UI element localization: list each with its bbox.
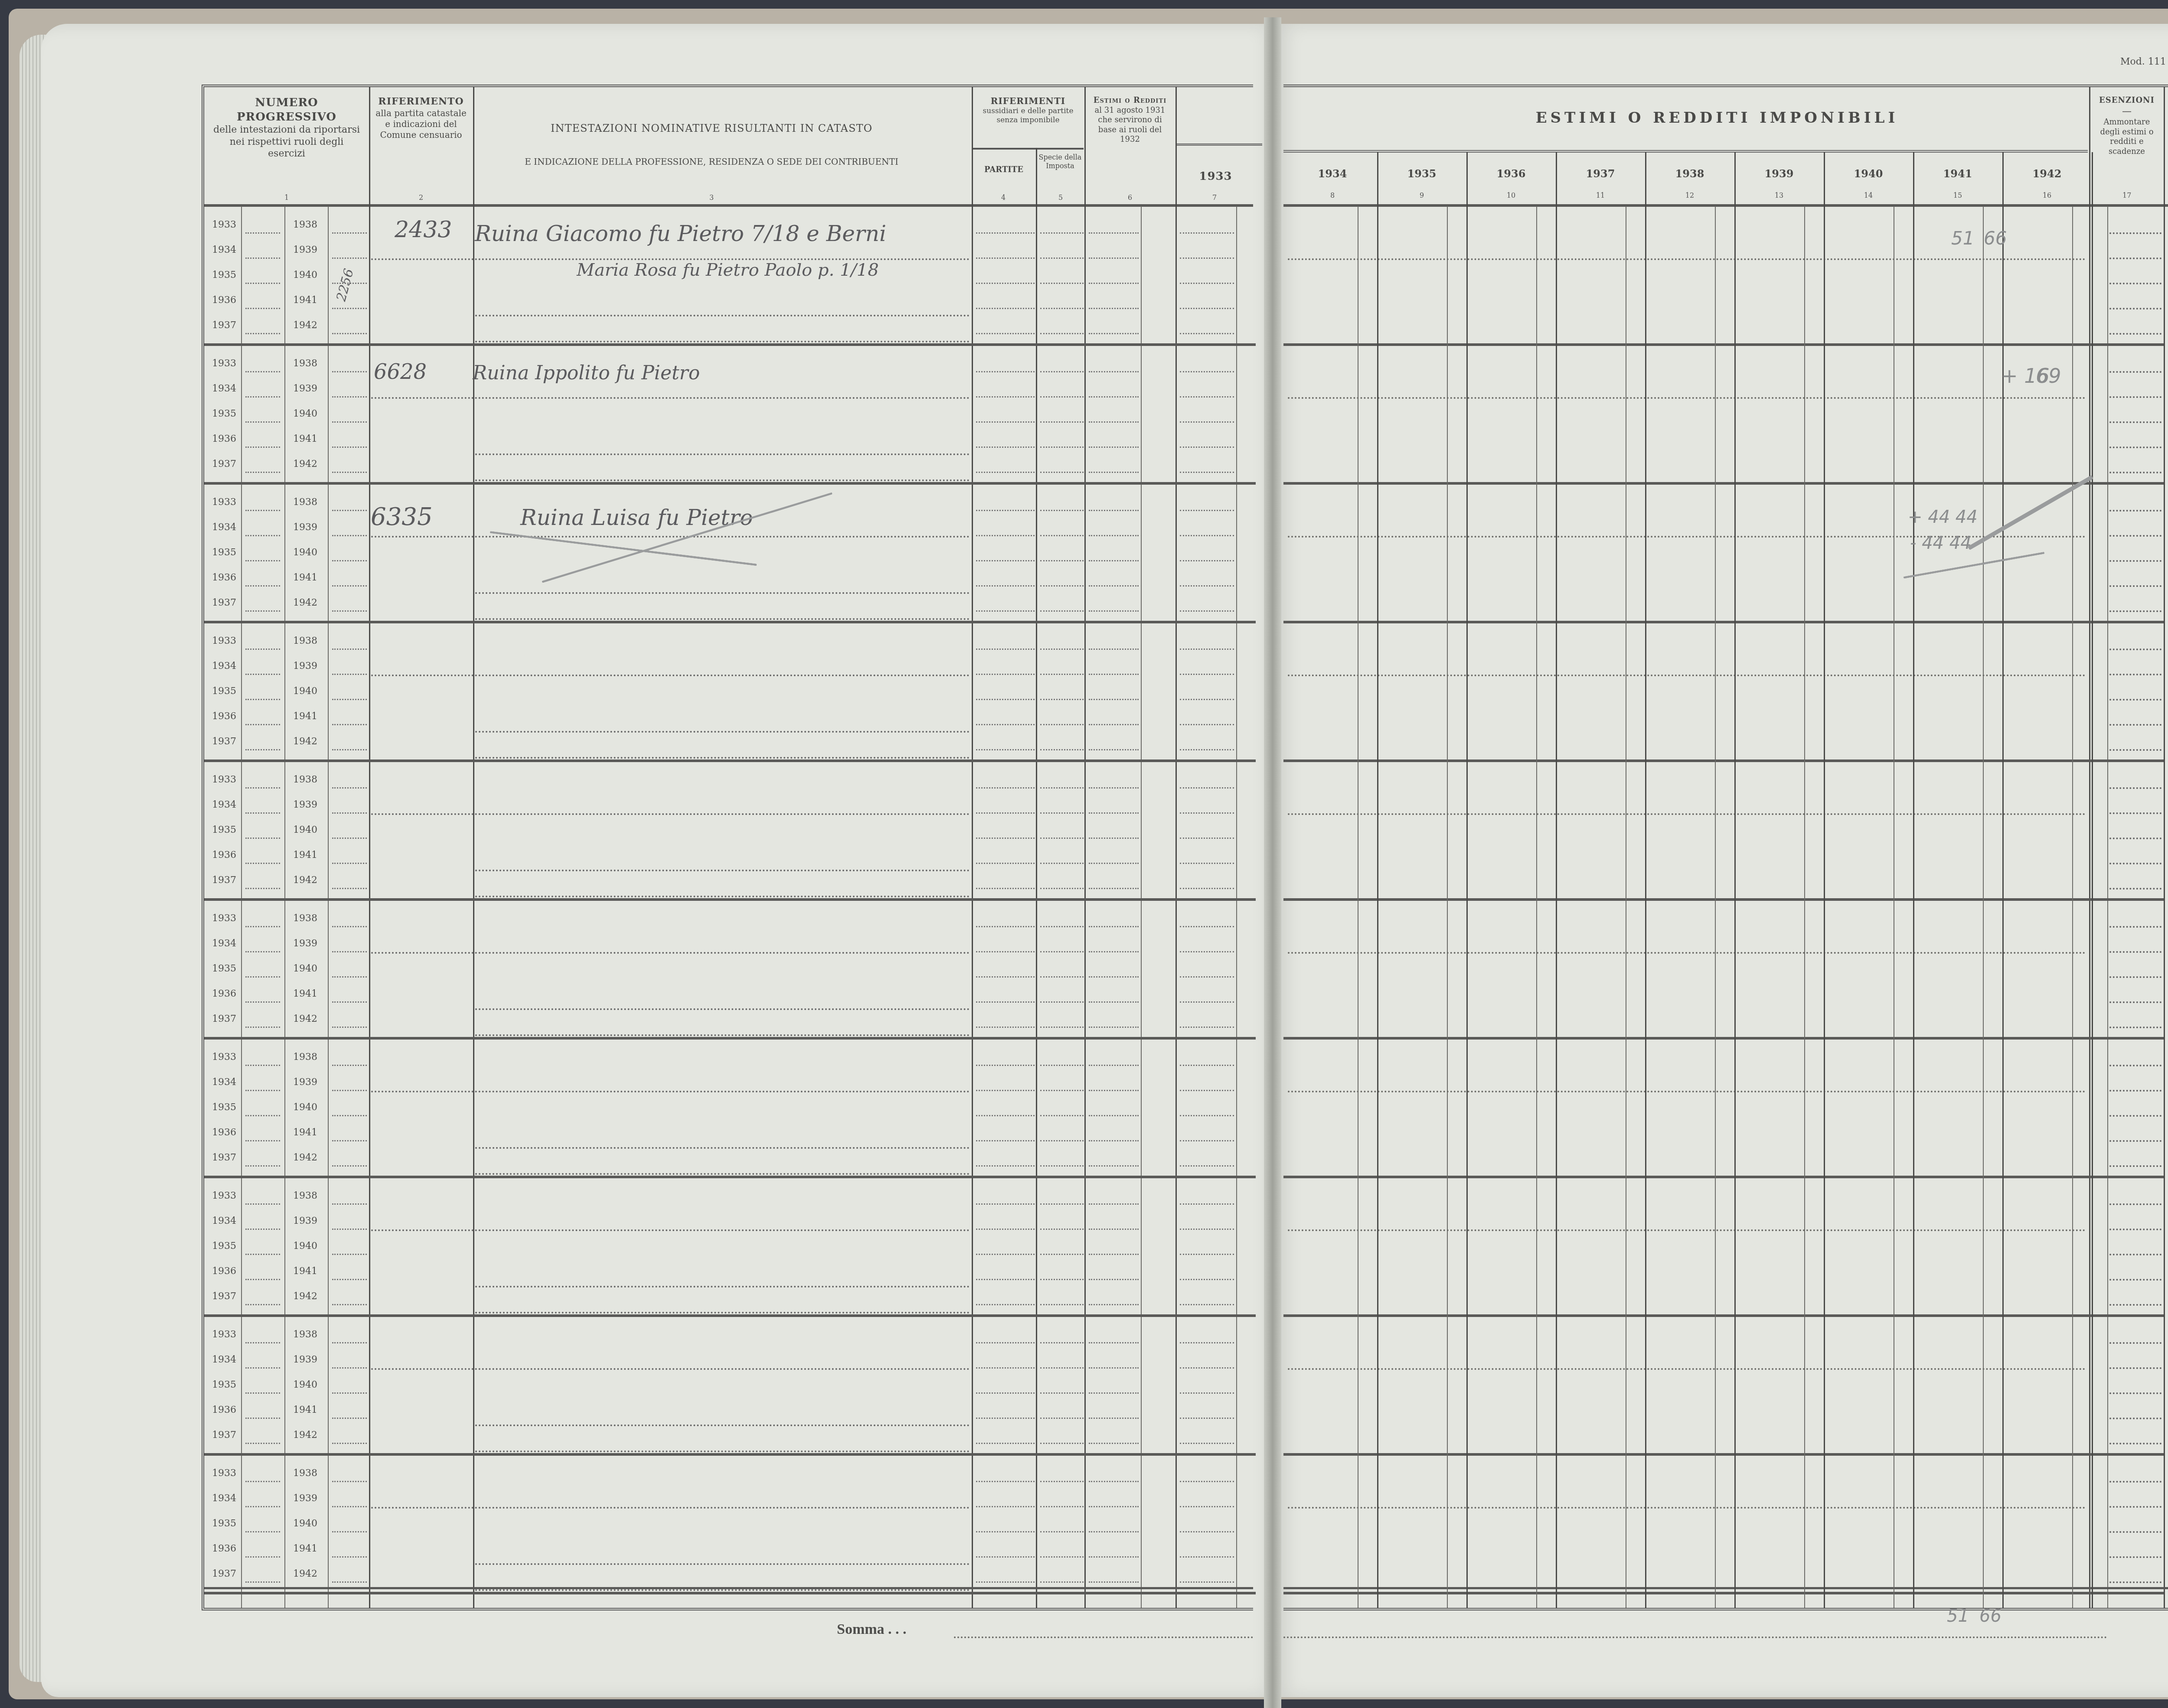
entry-dotted-line bbox=[976, 888, 1035, 889]
cents-subdivider bbox=[1626, 206, 1626, 1608]
entry-dotted-line bbox=[976, 926, 1035, 927]
year-label-a: 1934 bbox=[212, 522, 236, 533]
name-dotted-line bbox=[475, 870, 970, 871]
record-block bbox=[1283, 900, 2168, 1039]
column-number: 17 bbox=[2122, 191, 2131, 199]
year-label-b: 1942 bbox=[293, 1430, 317, 1441]
name-dotted-line bbox=[475, 1286, 970, 1288]
amount-dotted-line bbox=[1288, 397, 2086, 399]
entry-dotted-line bbox=[976, 749, 1035, 750]
entry-dotted-line bbox=[332, 1392, 367, 1394]
year-label-b: 1939 bbox=[293, 1216, 317, 1226]
amount-dotted-line bbox=[1288, 1229, 2086, 1231]
entry-dotted-line bbox=[1040, 421, 1084, 423]
entry-dotted-line bbox=[1180, 888, 1234, 889]
entry-dotted-line bbox=[1040, 1443, 1084, 1444]
entry-dotted-line bbox=[1089, 510, 1139, 511]
entry-dotted-line bbox=[976, 1304, 1035, 1305]
year-label-b: 1938 bbox=[293, 1329, 317, 1340]
header-title: ESENZIONI bbox=[2090, 96, 2164, 106]
year-label-b: 1942 bbox=[293, 320, 317, 331]
entry-dotted-line bbox=[1180, 1342, 1234, 1343]
entry-dotted-line bbox=[1180, 283, 1234, 284]
year-label-a: 1934 bbox=[212, 244, 236, 255]
entry-dotted-line bbox=[1040, 396, 1084, 398]
year-label-b: 1940 bbox=[293, 1241, 317, 1252]
block-separator bbox=[204, 1592, 1256, 1594]
entry-dotted-line bbox=[332, 1279, 367, 1280]
year-label-b: 1939 bbox=[293, 522, 317, 533]
header-year-1933: 1933 bbox=[1175, 169, 1256, 184]
entry-dotted-line bbox=[1089, 472, 1139, 473]
entry-dotted-line bbox=[976, 951, 1035, 952]
entry-dotted-line bbox=[245, 976, 280, 978]
entry-dotted-line bbox=[976, 472, 1035, 473]
entry-dotted-line bbox=[332, 1065, 367, 1066]
year-label-b: 1939 bbox=[293, 1493, 317, 1504]
esenzioni-dotted-line bbox=[2109, 421, 2161, 423]
year-label-a: 1935 bbox=[212, 1379, 236, 1390]
year-label-a: 1936 bbox=[212, 1127, 236, 1138]
column-number: 2 bbox=[417, 193, 425, 202]
esenzioni-dotted-line bbox=[2109, 1418, 2161, 1419]
entry-dotted-line bbox=[245, 649, 280, 650]
year-label-b: 1939 bbox=[293, 661, 317, 671]
entry-dotted-line bbox=[1089, 1556, 1139, 1558]
esenzioni-dotted-line bbox=[2109, 510, 2161, 512]
year-header-1935: 1935 bbox=[1377, 167, 1466, 180]
year-label-b: 1942 bbox=[293, 597, 317, 608]
entry-dotted-line bbox=[1040, 674, 1084, 675]
entry-dotted-line bbox=[976, 1140, 1035, 1141]
column-number: 3 bbox=[707, 193, 716, 202]
entry-dotted-line bbox=[976, 1090, 1035, 1091]
entry-dotted-line bbox=[245, 1027, 280, 1028]
entry-dotted-line bbox=[245, 1481, 280, 1482]
entry-dotted-line bbox=[1180, 1001, 1234, 1003]
year-header-1936: 1936 bbox=[1466, 167, 1556, 180]
year-label-a: 1934 bbox=[212, 1493, 236, 1504]
entry-dotted-line bbox=[1180, 232, 1234, 234]
entry-dotted-line bbox=[1040, 863, 1084, 864]
year-label-a: 1936 bbox=[212, 572, 236, 583]
esenzioni-dotted-line bbox=[2109, 258, 2161, 259]
form-id: Mod. 111 - Imposte Dirette (Intercalare)… bbox=[2120, 56, 2168, 67]
entry-dotted-line bbox=[1089, 649, 1139, 650]
entry-dotted-line bbox=[1040, 1367, 1084, 1369]
entry-dotted-line bbox=[1089, 1001, 1139, 1003]
entry-dotted-line bbox=[245, 749, 280, 750]
entry-dotted-line bbox=[1040, 926, 1084, 927]
esenzioni-dotted-line bbox=[2109, 371, 2161, 373]
entry-dotted-line bbox=[1040, 535, 1084, 536]
entry-dotted-line bbox=[976, 1115, 1035, 1116]
entry-dotted-line bbox=[332, 951, 367, 952]
entry-dotted-line bbox=[332, 812, 367, 814]
year-label-a: 1934 bbox=[212, 661, 236, 671]
year-label-b: 1942 bbox=[293, 1568, 317, 1579]
entry-dotted-line bbox=[976, 812, 1035, 814]
entry-dotted-line bbox=[245, 724, 280, 725]
year-label-b: 1942 bbox=[293, 1291, 317, 1302]
entry-dotted-line bbox=[976, 560, 1035, 561]
name-dotted-line bbox=[475, 453, 970, 455]
entry-dotted-line bbox=[332, 976, 367, 978]
esenzioni-dotted-line bbox=[2109, 888, 2161, 890]
entry-dotted-line bbox=[1040, 472, 1084, 473]
year-label-b: 1939 bbox=[293, 244, 317, 255]
entry-dotted-line bbox=[332, 1165, 367, 1167]
year-label-b: 1939 bbox=[293, 1077, 317, 1088]
entry-dotted-line bbox=[1040, 585, 1084, 587]
entry-dotted-line bbox=[1180, 371, 1234, 372]
entry-dotted-line bbox=[976, 724, 1035, 725]
entry-dotted-line bbox=[1180, 812, 1234, 814]
entry-dotted-line bbox=[1180, 510, 1234, 511]
year-label-b: 1938 bbox=[293, 1190, 317, 1201]
table-bottom-rule bbox=[1283, 1587, 2168, 1589]
entry-dotted-line bbox=[332, 396, 367, 398]
entry-dotted-line bbox=[332, 1418, 367, 1419]
entry-dotted-line bbox=[976, 674, 1035, 675]
entry-dotted-line bbox=[245, 787, 280, 789]
record-block: 1933193819341939193519401936194119371942 bbox=[204, 761, 1256, 900]
entry-dotted-line bbox=[332, 838, 367, 839]
cents-subdivider bbox=[1536, 206, 1537, 1608]
record-2-partita: 6628 bbox=[374, 360, 427, 384]
entry-dotted-line bbox=[332, 699, 367, 700]
record-3-amount-1941-plus: + 44 44 bbox=[1908, 507, 1978, 527]
year-label-b: 1942 bbox=[293, 875, 317, 886]
header-numero-progressivo: NUMERO PROGRESSIVO delle intestazioni da… bbox=[204, 96, 369, 160]
entry-dotted-line bbox=[332, 333, 367, 334]
year-label-a: 1933 bbox=[212, 774, 236, 785]
year-header-1934: 1934 bbox=[1288, 167, 1377, 180]
header-title: INTESTAZIONI NOMINATIVE RISULTANTI IN CA… bbox=[473, 122, 950, 135]
name-dotted-line bbox=[371, 813, 970, 815]
entry-dotted-line bbox=[245, 333, 280, 334]
year-label-a: 1934 bbox=[212, 1077, 236, 1088]
year-label-a: 1936 bbox=[212, 1543, 236, 1554]
entry-dotted-line bbox=[245, 283, 280, 284]
esenzioni-dotted-line bbox=[2109, 1304, 2161, 1306]
esenzioni-dotted-line bbox=[2109, 1254, 2161, 1255]
column-number: 8 bbox=[1288, 191, 1377, 199]
table-bottom-rule bbox=[204, 1587, 1253, 1589]
header-estimi-1931: Estimi o Redditi al 31 agosto 1931 che s… bbox=[1084, 96, 1175, 145]
header-subtitle: E INDICAZIONE DELLA PROFESSIONE, RESIDEN… bbox=[473, 156, 950, 167]
name-dotted-line bbox=[475, 896, 970, 897]
entry-dotted-line bbox=[1089, 232, 1139, 234]
entry-dotted-line bbox=[245, 1581, 280, 1583]
name-dotted-line bbox=[371, 1368, 970, 1370]
record-2-name: Ruina Ippolito fu Pietro bbox=[473, 362, 700, 384]
entry-dotted-line bbox=[245, 1304, 280, 1305]
amount-dotted-line bbox=[1288, 813, 2086, 815]
entry-dotted-line bbox=[1089, 749, 1139, 750]
entry-dotted-line bbox=[245, 1367, 280, 1369]
year-label-a: 1934 bbox=[212, 383, 236, 394]
esenzioni-dotted-line bbox=[2109, 610, 2161, 612]
entry-dotted-line bbox=[1089, 1229, 1139, 1230]
record-block bbox=[1283, 1316, 2168, 1455]
header-title: Specie della Imposta bbox=[1036, 153, 1084, 170]
entry-dotted-line bbox=[1089, 1342, 1139, 1343]
esenzioni-dotted-line bbox=[2109, 787, 2161, 789]
record-block: 1933193819341939193519401936194119371942 bbox=[204, 1455, 1256, 1594]
entry-dotted-line bbox=[245, 888, 280, 889]
esenzioni-dotted-line bbox=[2109, 699, 2161, 701]
entry-dotted-line bbox=[1089, 888, 1139, 889]
year-label-b: 1938 bbox=[293, 1468, 317, 1479]
record-block: 1933193819341939193519401936194119371942 bbox=[204, 900, 1256, 1039]
entry-dotted-line bbox=[976, 699, 1035, 700]
entry-dotted-line bbox=[1180, 1481, 1234, 1482]
entry-dotted-line bbox=[1040, 951, 1084, 952]
entry-dotted-line bbox=[332, 1027, 367, 1028]
year-label-a: 1934 bbox=[212, 1354, 236, 1365]
year-column-divider bbox=[2092, 152, 2093, 1608]
entry-dotted-line bbox=[1180, 699, 1234, 700]
column-number: 16 bbox=[2002, 191, 2092, 199]
esenzioni-dotted-line bbox=[2109, 863, 2161, 864]
entry-dotted-line bbox=[245, 1418, 280, 1419]
entry-dotted-line bbox=[1089, 1090, 1139, 1091]
record-block: 1933193819341939193519401936194119371942 bbox=[204, 345, 1256, 484]
entry-dotted-line bbox=[1089, 1481, 1139, 1482]
year-label-a: 1933 bbox=[212, 1052, 236, 1063]
name-dotted-line bbox=[475, 757, 970, 759]
entry-dotted-line bbox=[245, 1556, 280, 1558]
year-label-b: 1939 bbox=[293, 383, 317, 394]
entry-dotted-line bbox=[245, 1065, 280, 1066]
entry-dotted-line bbox=[332, 1556, 367, 1558]
entry-dotted-line bbox=[1089, 926, 1139, 927]
name-dotted-line bbox=[371, 1507, 970, 1509]
entry-dotted-line bbox=[245, 1165, 280, 1167]
year-label-a: 1935 bbox=[212, 825, 236, 835]
entry-dotted-line bbox=[1089, 447, 1139, 448]
entry-dotted-line bbox=[1040, 1304, 1084, 1305]
right-register-table: ESTIMI O REDDITI IMPONIBILI 193481935919… bbox=[1283, 85, 2168, 1610]
year-label-a: 1934 bbox=[212, 938, 236, 949]
entry-dotted-line bbox=[1040, 308, 1084, 309]
entry-dotted-line bbox=[1040, 610, 1084, 612]
header-divider bbox=[1283, 150, 2088, 153]
entry-dotted-line bbox=[1089, 1506, 1139, 1507]
entry-dotted-line bbox=[245, 610, 280, 612]
entry-dotted-line bbox=[245, 1392, 280, 1394]
esenzioni-dotted-line bbox=[2109, 749, 2161, 751]
year-label-a: 1933 bbox=[212, 913, 236, 924]
year-label-a: 1937 bbox=[212, 1568, 236, 1579]
name-dotted-line bbox=[475, 315, 970, 316]
entry-dotted-line bbox=[976, 421, 1035, 423]
column-number: 6 bbox=[1128, 193, 1132, 202]
name-dotted-line bbox=[475, 1424, 970, 1426]
entry-dotted-line bbox=[245, 308, 280, 309]
entry-dotted-line bbox=[1040, 1481, 1084, 1482]
entry-dotted-line bbox=[976, 1342, 1035, 1343]
amount-dotted-line bbox=[1288, 258, 2086, 260]
record-block: 1933193819341939193519401936194119371942 bbox=[204, 1316, 1256, 1455]
entry-dotted-line bbox=[1180, 1367, 1234, 1369]
entry-dotted-line bbox=[1180, 838, 1234, 839]
name-dotted-line bbox=[371, 675, 970, 676]
entry-dotted-line bbox=[1089, 1027, 1139, 1028]
name-dotted-line bbox=[475, 1008, 970, 1010]
year-column-divider bbox=[1556, 152, 1557, 1608]
esenzioni-dotted-line bbox=[2109, 1165, 2161, 1167]
entry-dotted-line bbox=[976, 649, 1035, 650]
year-label-a: 1935 bbox=[212, 963, 236, 974]
entry-dotted-line bbox=[1089, 951, 1139, 952]
entry-dotted-line bbox=[332, 1367, 367, 1369]
record-1-name-line1: Ruina Giacomo fu Pietro 7/18 e Berni bbox=[475, 221, 886, 246]
year-label-b: 1941 bbox=[293, 1405, 317, 1415]
esenzioni-dotted-line bbox=[2109, 926, 2161, 928]
year-label-a: 1937 bbox=[212, 875, 236, 886]
entry-dotted-line bbox=[332, 1304, 367, 1305]
entry-dotted-line bbox=[1089, 585, 1139, 587]
entry-dotted-line bbox=[245, 951, 280, 952]
year-label-a: 1935 bbox=[212, 408, 236, 419]
entry-dotted-line bbox=[1089, 535, 1139, 536]
entry-dotted-line bbox=[1089, 1165, 1139, 1167]
year-label-b: 1940 bbox=[293, 686, 317, 697]
esenzioni-dotted-line bbox=[2109, 649, 2161, 650]
esenzioni-dotted-line bbox=[2109, 333, 2161, 335]
esenzioni-dotted-line bbox=[2109, 472, 2161, 473]
esenzioni-dotted-line bbox=[2109, 232, 2161, 234]
cents-subdivider bbox=[2072, 206, 2073, 1608]
entry-dotted-line bbox=[976, 1254, 1035, 1255]
header-dash: — bbox=[2090, 106, 2164, 118]
year-label-b: 1942 bbox=[293, 459, 317, 469]
amount-dotted-line bbox=[1288, 1091, 2086, 1092]
year-label-b: 1940 bbox=[293, 825, 317, 835]
entry-dotted-line bbox=[1089, 1443, 1139, 1444]
entry-dotted-line bbox=[1040, 1115, 1084, 1116]
header-intestazioni: INTESTAZIONI NOMINATIVE RISULTANTI IN CA… bbox=[473, 122, 950, 167]
name-dotted-line bbox=[475, 618, 970, 620]
esenzioni-dotted-line bbox=[2109, 1279, 2161, 1281]
entry-dotted-line bbox=[1180, 1140, 1234, 1141]
entry-dotted-line bbox=[332, 308, 367, 309]
entry-dotted-line bbox=[1180, 1165, 1234, 1167]
entry-dotted-line bbox=[245, 1443, 280, 1444]
entry-dotted-line bbox=[1040, 283, 1084, 284]
entry-dotted-line bbox=[1180, 1229, 1234, 1230]
year-label-a: 1935 bbox=[212, 686, 236, 697]
entry-dotted-line bbox=[332, 787, 367, 789]
year-column-divider bbox=[1377, 152, 1378, 1608]
year-label-a: 1936 bbox=[212, 850, 236, 861]
entry-dotted-line bbox=[245, 812, 280, 814]
year-label-b: 1941 bbox=[293, 850, 317, 861]
record-3-partita: 6335 bbox=[371, 503, 433, 531]
entry-dotted-line bbox=[332, 749, 367, 750]
cents-subdivider bbox=[1715, 206, 1716, 1608]
name-dotted-line bbox=[475, 1173, 970, 1175]
entry-dotted-line bbox=[1089, 610, 1139, 612]
entry-dotted-line bbox=[245, 1140, 280, 1141]
entry-dotted-line bbox=[1180, 396, 1234, 398]
entry-dotted-line bbox=[976, 283, 1035, 284]
entry-dotted-line bbox=[976, 258, 1035, 259]
year-label-b: 1941 bbox=[293, 1127, 317, 1138]
year-label-a: 1933 bbox=[212, 636, 236, 646]
entry-dotted-line bbox=[1040, 649, 1084, 650]
record-block bbox=[1283, 761, 2168, 900]
year-header-1937: 1937 bbox=[1556, 167, 1645, 180]
header-riferimento: RIFERIMENTO alla partita catastale e ind… bbox=[369, 96, 473, 140]
entry-dotted-line bbox=[1180, 447, 1234, 448]
entry-dotted-line bbox=[1180, 674, 1234, 675]
entry-dotted-line bbox=[1089, 1392, 1139, 1394]
entry-dotted-line bbox=[1180, 1065, 1234, 1066]
entry-dotted-line bbox=[976, 1203, 1035, 1205]
entry-dotted-line bbox=[332, 610, 367, 612]
entry-dotted-line bbox=[1040, 1506, 1084, 1507]
year-label-b: 1938 bbox=[293, 774, 317, 785]
column-number: 12 bbox=[1645, 191, 1734, 199]
entry-dotted-line bbox=[1089, 976, 1139, 978]
entry-dotted-line bbox=[1180, 649, 1234, 650]
entry-dotted-line bbox=[332, 926, 367, 927]
entry-dotted-line bbox=[1040, 1254, 1084, 1255]
entry-dotted-line bbox=[1089, 1254, 1139, 1255]
entry-dotted-line bbox=[976, 1392, 1035, 1394]
entry-dotted-line bbox=[1180, 749, 1234, 750]
entry-dotted-line bbox=[1040, 1203, 1084, 1205]
year-column-divider bbox=[1466, 152, 1468, 1608]
entry-dotted-line bbox=[245, 674, 280, 675]
sum-line-right bbox=[1283, 1636, 2107, 1638]
entry-dotted-line bbox=[976, 510, 1035, 511]
entry-dotted-line bbox=[332, 510, 367, 511]
sum-1941-cents: 66 bbox=[1979, 1606, 2001, 1626]
column-number: 1 bbox=[282, 193, 291, 202]
esenzioni-dotted-line bbox=[2109, 1229, 2161, 1230]
entry-dotted-line bbox=[1180, 951, 1234, 952]
header-title: NUMERO PROGRESSIVO bbox=[204, 96, 369, 124]
entry-dotted-line bbox=[1040, 699, 1084, 700]
entry-dotted-line bbox=[976, 585, 1035, 587]
year-label-a: 1936 bbox=[212, 434, 236, 444]
entry-dotted-line bbox=[1089, 724, 1139, 725]
entry-dotted-line bbox=[1089, 863, 1139, 864]
entry-dotted-line bbox=[245, 472, 280, 473]
year-label-b: 1941 bbox=[293, 711, 317, 722]
entry-dotted-line bbox=[332, 1443, 367, 1444]
entry-dotted-line bbox=[1180, 1279, 1234, 1280]
esenzioni-dotted-line bbox=[2109, 1556, 2161, 1558]
entry-dotted-line bbox=[1180, 258, 1234, 259]
entry-dotted-line bbox=[1040, 1581, 1084, 1583]
entry-dotted-line bbox=[332, 371, 367, 372]
left-register-table: NUMERO PROGRESSIVO delle intestazioni da… bbox=[202, 85, 1253, 1610]
esenzioni-dotted-line bbox=[2109, 1203, 2161, 1205]
entry-dotted-line bbox=[1180, 1581, 1234, 1583]
esenzioni-dotted-line bbox=[2109, 812, 2161, 814]
esenzioni-dotted-line bbox=[2109, 1392, 2161, 1394]
esenzioni-dotted-line bbox=[2109, 1115, 2161, 1117]
year-label-a: 1937 bbox=[212, 1014, 236, 1024]
entry-dotted-line bbox=[1089, 1115, 1139, 1116]
entry-dotted-line bbox=[332, 1254, 367, 1255]
entry-dotted-line bbox=[245, 1090, 280, 1091]
